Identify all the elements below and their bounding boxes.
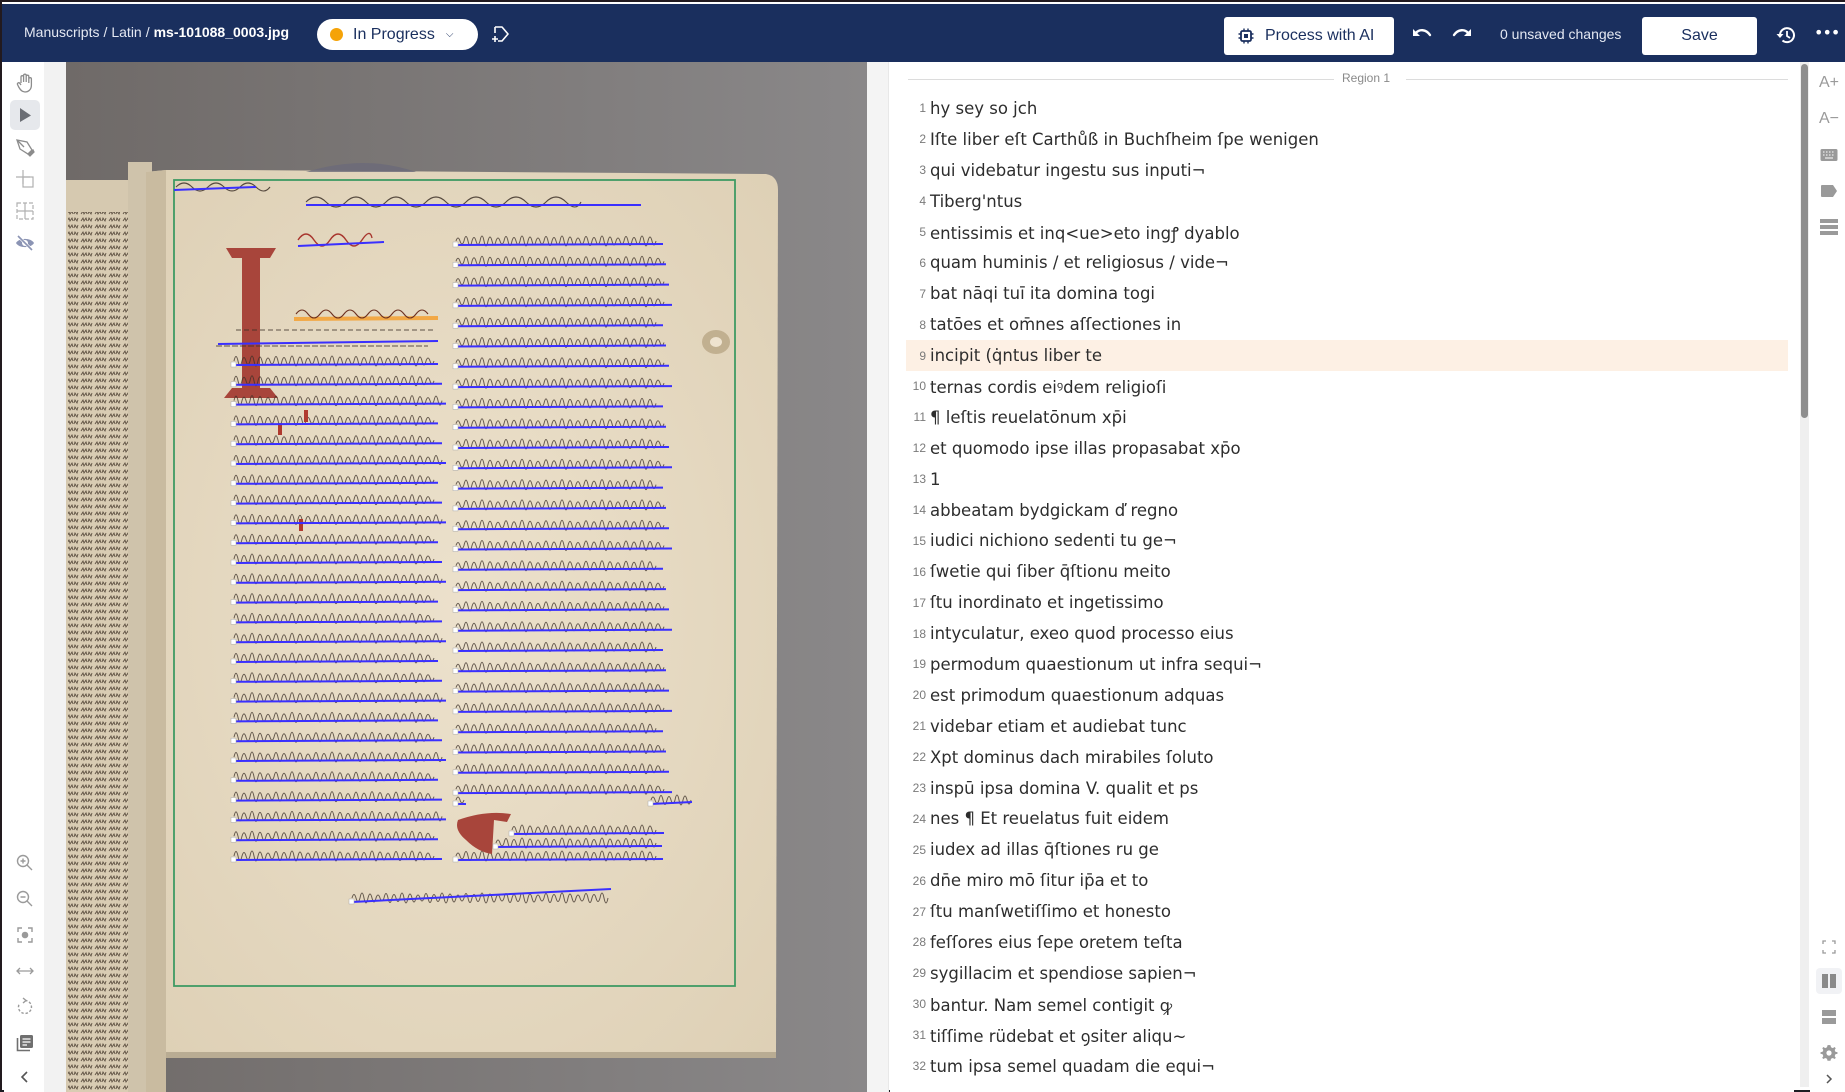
save-button[interactable]: Save <box>1642 17 1757 55</box>
transcription-panel: Region 1 1hy sey so jch2Iſte liber eſt C… <box>890 62 1794 1090</box>
line-number: 29 <box>906 966 930 980</box>
line-number: 7 <box>906 287 930 301</box>
line-text[interactable]: hy sey so jch <box>930 99 1037 118</box>
line-text[interactable]: est primodum quaestionum adquas <box>930 686 1224 705</box>
divider <box>908 79 1334 80</box>
line-number: 4 <box>906 194 930 208</box>
settings-button[interactable] <box>1816 1040 1842 1066</box>
transcription-line[interactable]: 10ternas cordis eiꝰdem religioſi <box>906 371 1788 402</box>
undo-icon <box>1410 24 1434 44</box>
more-options-button[interactable]: ••• <box>1814 24 1836 46</box>
zoom-in-icon <box>15 853 35 873</box>
fullscreen-button[interactable] <box>1816 934 1842 960</box>
zoom-out-button[interactable] <box>10 884 40 914</box>
line-number: 14 <box>906 503 930 517</box>
transcription-line[interactable]: 31tiſſime rüdebat et ꝯsiter aliqu~ <box>906 1020 1788 1051</box>
breadcrumb-separator: / <box>146 24 150 40</box>
transcription-line[interactable]: 6quam huminis / et religiosus / vide¬ <box>906 247 1788 278</box>
divider <box>1406 79 1788 80</box>
redo-button[interactable] <box>1450 24 1474 44</box>
transcription-line[interactable]: 4Tiberg'ntus <box>906 186 1788 217</box>
add-region-tool-button[interactable] <box>10 164 40 194</box>
process-with-ai-label: Process with AI <box>1265 27 1374 45</box>
hand-icon <box>14 72 36 94</box>
rotate-icon <box>15 997 35 1017</box>
line-number: 3 <box>906 163 930 177</box>
unsaved-changes-count: 0 unsaved changes <box>1500 26 1621 42</box>
line-text[interactable]: bat nāqi tuī ita domina togi <box>930 284 1155 303</box>
redo-icon <box>1450 24 1474 44</box>
line-number: 30 <box>906 997 930 1011</box>
fit-width-button[interactable] <box>10 956 40 986</box>
select-tool-button[interactable] <box>10 100 40 130</box>
transcription-editor: Manuscripts/Latin/ms-101088_0003.jpg In … <box>0 0 1845 1090</box>
history-button[interactable] <box>1775 24 1797 46</box>
process-with-ai-button[interactable]: Process with AI <box>1224 17 1394 55</box>
transcription-line[interactable]: 19permodum quaestionum ut infra sequi¬ <box>906 649 1788 680</box>
layout-side-by-side-button[interactable] <box>1816 968 1842 994</box>
line-text[interactable]: entissimis et inq<ue>eto ingꝭ dyablo <box>930 221 1240 244</box>
chip-icon <box>1238 28 1254 44</box>
line-text[interactable]: tum ipsa semel quadam die equi¬ <box>930 1057 1215 1076</box>
line-number: 1 <box>906 101 930 115</box>
line-text[interactable]: permodum quaestionum ut infra sequi¬ <box>930 655 1262 674</box>
line-text[interactable]: nes ¶ Et reuelatus fuit eidem <box>930 809 1169 828</box>
pointer-arrow-icon <box>16 106 34 124</box>
status-label: In Progress <box>353 26 435 44</box>
line-text[interactable]: qui videbatur ingestu sus inputi¬ <box>930 161 1205 180</box>
font-increase-button[interactable]: A+ <box>1816 70 1842 96</box>
breadcrumb-separator: / <box>103 24 107 40</box>
transcription-line[interactable]: 26dn̄e miro mō ſitur ip̄a et to <box>906 865 1788 896</box>
line-text[interactable]: ſtu inordinato et ingetissimo <box>930 593 1164 612</box>
transcription-line[interactable]: 9incipit (q̇ntus liber te <box>906 340 1788 371</box>
chevron-down-icon: ⌵ <box>446 29 454 40</box>
pen-nib-icon <box>14 136 36 158</box>
line-text[interactable]: Xpt dominus dach mirabiles ſoluto <box>930 748 1214 767</box>
line-number: 12 <box>906 441 930 455</box>
line-number: 5 <box>906 225 930 239</box>
image-viewer[interactable] <box>66 62 867 1090</box>
line-number: 31 <box>906 1028 930 1042</box>
line-number: 32 <box>906 1059 930 1073</box>
breadcrumb: Manuscripts/Latin/ms-101088_0003.jpg <box>24 24 289 40</box>
transcription-line[interactable]: 27ſtu manſwetiſſimo et honesto <box>906 896 1788 927</box>
transcription-line[interactable]: 12et quomodo ipse illas propasabat xp̄o <box>906 433 1788 464</box>
page-list-button[interactable] <box>10 1028 40 1058</box>
chevron-right-icon <box>1823 1073 1835 1085</box>
line-text[interactable]: Iſte liber eſt Carthůß in Buchſheim ſpe … <box>930 130 1319 149</box>
line-text[interactable]: quam huminis / et religiosus / vide¬ <box>930 253 1229 272</box>
line-number: 27 <box>906 905 930 919</box>
font-decrease-button[interactable]: A− <box>1816 106 1842 132</box>
transcription-line-partial <box>906 1082 1788 1091</box>
line-text[interactable]: iudex ad illas q̄ſtiones ru ge <box>930 840 1159 859</box>
line-number: 2 <box>906 132 930 146</box>
transcription-line[interactable]: 131 <box>906 464 1788 495</box>
keyboard-icon <box>1820 148 1838 162</box>
line-number: 16 <box>906 565 930 579</box>
line-text[interactable]: intyculatur, exeo quod processo eius <box>930 624 1234 643</box>
transcription-line[interactable]: 16ſwetie qui ſiber q̄ſtionu meito <box>906 556 1788 587</box>
transcription-line[interactable]: 25iudex ad illas q̄ſtiones ru ge <box>906 834 1788 865</box>
toggle-visibility-tool-button[interactable] <box>10 228 40 258</box>
line-text[interactable]: Tiberg'ntus <box>930 192 1022 211</box>
line-text[interactable]: 1 <box>930 470 941 489</box>
manuscript-page-image[interactable] <box>66 62 867 1090</box>
transcription-line[interactable]: 29sygillacim et spendiose sapien¬ <box>906 958 1788 989</box>
line-text[interactable]: videbar etiam et audiebat tunc <box>930 717 1187 736</box>
line-number: 21 <box>906 719 930 733</box>
rows-icon <box>1821 1009 1837 1025</box>
panel-gutter <box>867 62 889 1090</box>
line-text[interactable]: inspū ipsa domina V. qualit et ps <box>930 779 1198 798</box>
line-number: 20 <box>906 688 930 702</box>
transcription-line[interactable]: 11¶ leſtis reuelatōnum xp̄i <box>906 402 1788 433</box>
undo-button[interactable] <box>1410 24 1434 44</box>
line-number: 10 <box>906 379 930 393</box>
transcription-line[interactable]: 5entissimis et inq<ue>eto ingꝭ dyablo <box>906 217 1788 248</box>
history-icon <box>1775 24 1797 46</box>
transcription-line[interactable]: 1hy sey so jch <box>906 93 1788 124</box>
transcription-line[interactable]: 20est primodum quaestionum adquas <box>906 680 1788 711</box>
line-number: 18 <box>906 627 930 641</box>
top-bar: Manuscripts/Latin/ms-101088_0003.jpg In … <box>2 4 1845 62</box>
line-number: 23 <box>906 781 930 795</box>
draw-tool-button[interactable] <box>10 132 40 162</box>
transcription-line[interactable]: 14abbeatam bydgickam ď regno <box>906 495 1788 526</box>
breadcrumb-latin[interactable]: Latin <box>111 24 141 40</box>
line-list-button[interactable] <box>1816 214 1842 240</box>
zoom-in-button[interactable] <box>10 848 40 878</box>
line-number: 25 <box>906 843 930 857</box>
font-decrease-icon: A− <box>1819 110 1839 128</box>
line-number: 8 <box>906 318 930 332</box>
line-text[interactable]: sygillacim et spendiose sapien¬ <box>930 964 1197 983</box>
line-text[interactable]: iudici nichiono sedenti tu ge¬ <box>930 531 1177 550</box>
transcription-line[interactable]: 18intyculatur, exeo quod processo eius <box>906 618 1788 649</box>
status-dot-icon <box>330 28 343 41</box>
zoom-out-icon <box>15 889 35 909</box>
collapse-right-panel-button[interactable] <box>1816 1066 1842 1090</box>
line-text[interactable]: bantur. Nam semel contigit ꝙ <box>930 993 1172 1016</box>
line-text[interactable]: ſtu manſwetiſſimo et honesto <box>930 902 1171 921</box>
region-header: Region 1 <box>908 71 1788 87</box>
transcription-line[interactable]: 22Xpt dominus dach mirabiles ſoluto <box>906 742 1788 773</box>
transcription-line[interactable]: 21videbar etiam et audiebat tunc <box>906 711 1788 742</box>
pan-tool-button[interactable] <box>10 68 40 98</box>
line-text[interactable]: et quomodo ipse illas propasabat xp̄o <box>930 439 1241 458</box>
line-text[interactable]: ſwetie qui ſiber q̄ſtionu meito <box>930 562 1171 581</box>
add-tag-button[interactable] <box>490 23 512 45</box>
line-text[interactable]: abbeatam bydgickam ď regno <box>930 501 1178 520</box>
rotate-button[interactable] <box>10 992 40 1022</box>
transcription-line[interactable]: 8tatōes et om̄nes aſſectiones in <box>906 309 1788 340</box>
transcription-line[interactable]: 23inspū ipsa domina V. qualit et ps <box>906 773 1788 804</box>
label-tag-icon <box>1820 184 1838 198</box>
transcription-line[interactable]: 3qui videbatur ingestu sus inputi¬ <box>906 155 1788 186</box>
left-tool-rail <box>4 62 44 1090</box>
horizontal-arrows-icon <box>15 961 35 981</box>
region-label: Region 1 <box>1342 71 1390 85</box>
line-number: 17 <box>906 596 930 610</box>
line-text[interactable]: tatōes et om̄nes aſſectiones in <box>930 315 1181 334</box>
transcription-line[interactable]: 2Iſte liber eſt Carthůß in Buchſheim ſpe… <box>906 124 1788 155</box>
line-number: 28 <box>906 935 930 949</box>
eye-off-icon <box>14 232 36 254</box>
breadcrumb-current-file: ms-101088_0003.jpg <box>154 24 289 40</box>
transcription-line[interactable]: 32tum ipsa semel quadam die equi¬ <box>906 1051 1788 1082</box>
rail-gutter <box>44 62 66 1090</box>
line-number: 11 <box>906 410 930 424</box>
fullscreen-icon <box>1822 940 1836 954</box>
line-number: 24 <box>906 812 930 826</box>
page-stack-icon <box>15 1033 35 1053</box>
status-dropdown[interactable]: In Progress ⌵ <box>317 19 478 50</box>
line-number: 13 <box>906 472 930 486</box>
line-text[interactable]: ¶ leſtis reuelatōnum xp̄i <box>930 408 1127 427</box>
add-tag-icon <box>490 23 512 45</box>
columns-icon <box>1821 973 1837 989</box>
line-text[interactable]: incipit (q̇ntus liber te <box>930 346 1102 365</box>
line-text[interactable]: feſſores eius ſepe oretem teſta <box>930 933 1183 952</box>
virtual-keyboard-button[interactable] <box>1816 142 1842 168</box>
line-number: 9 <box>906 349 930 363</box>
line-number: 26 <box>906 874 930 888</box>
right-tool-rail: A+ A− <box>1810 62 1845 1090</box>
line-number: 22 <box>906 750 930 764</box>
transcription-line[interactable]: 17ſtu inordinato et ingetissimo <box>906 587 1788 618</box>
fit-to-screen-button[interactable] <box>10 920 40 950</box>
gear-icon <box>1820 1044 1838 1062</box>
transcription-line[interactable]: 7bat nāqi tuī ita domina togi <box>906 278 1788 309</box>
tags-button[interactable] <box>1816 178 1842 204</box>
transcription-line[interactable]: 24nes ¶ Et reuelatus fuit eidem <box>906 803 1788 834</box>
list-rows-icon <box>1820 218 1838 236</box>
font-increase-icon: A+ <box>1819 74 1839 92</box>
transcription-line[interactable]: 15iudici nichiono sedenti tu ge¬ <box>906 525 1788 556</box>
line-text[interactable]: dn̄e miro mō ſitur ip̄a et to <box>930 871 1148 890</box>
layout-stacked-button[interactable] <box>1816 1004 1842 1030</box>
chevron-left-icon <box>18 1070 32 1084</box>
split-grid-icon <box>14 200 36 222</box>
breadcrumb-manuscripts[interactable]: Manuscripts <box>24 24 99 40</box>
focus-frame-icon <box>15 925 35 945</box>
transcript-scrollbar-thumb[interactable] <box>1801 64 1808 418</box>
line-number: 6 <box>906 256 930 270</box>
add-region-icon <box>14 168 36 190</box>
line-text[interactable]: ternas cordis eiꝰdem religioſi <box>930 375 1166 398</box>
line-number: 15 <box>906 534 930 548</box>
line-number: 19 <box>906 657 930 671</box>
split-region-tool-button[interactable] <box>10 196 40 226</box>
transcription-line[interactable]: 30bantur. Nam semel contigit ꝙ <box>906 989 1788 1020</box>
collapse-left-panel-button[interactable] <box>10 1062 40 1090</box>
line-text[interactable]: tiſſime rüdebat et ꝯsiter aliqu~ <box>930 1024 1186 1047</box>
transcription-lines: 1hy sey so jch2Iſte liber eſt Carthůß in… <box>906 93 1788 1090</box>
transcription-line[interactable]: 28feſſores eius ſepe oretem teſta <box>906 927 1788 958</box>
